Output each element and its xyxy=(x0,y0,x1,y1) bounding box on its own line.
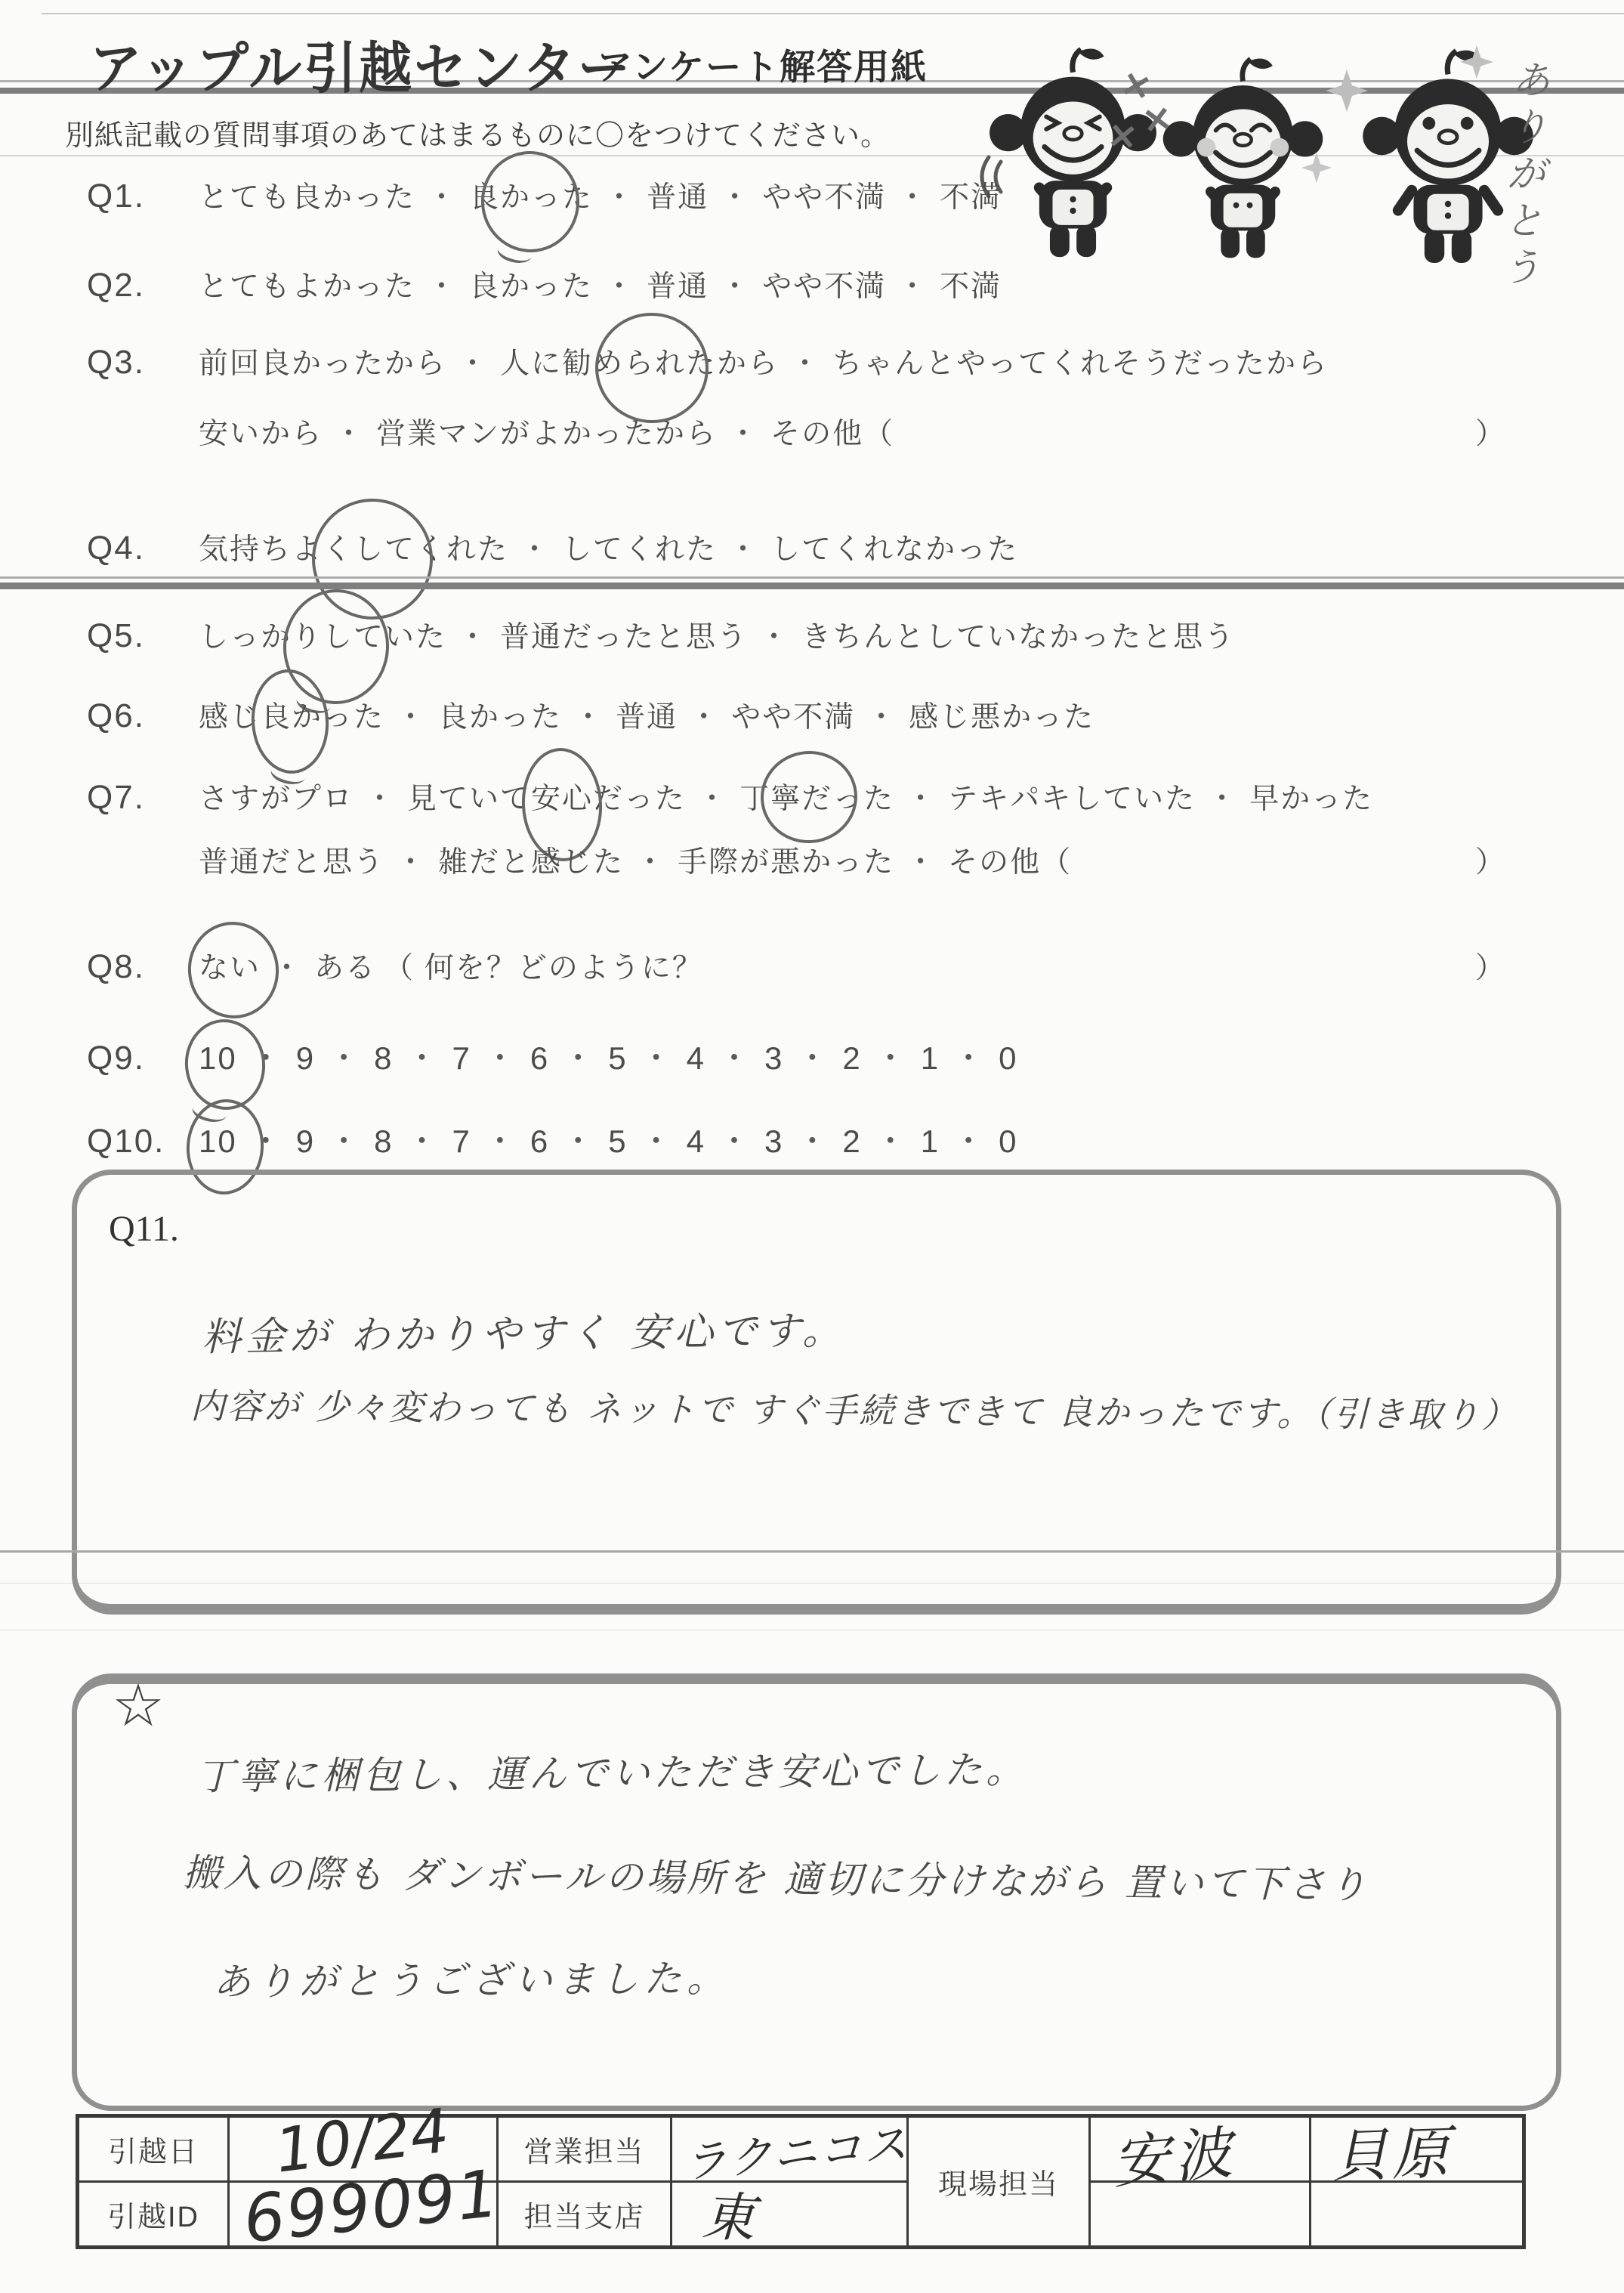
question-number: Q1. xyxy=(87,178,199,215)
staff-comment-box: 丁寧に梱包し、運んでいただき安心でした。 搬入の際も ダンボールの場所を 適切に… xyxy=(72,1673,1561,2111)
question-q7-line2: 普通だと思う・雑だと感じた・手際が悪かった・その他（） xyxy=(87,839,1072,881)
handwritten-field-staff-1: 安波 xyxy=(1109,2106,1240,2199)
option-text: ある xyxy=(314,952,376,984)
option-separator: ・ xyxy=(458,348,489,380)
scan-line-faint-3 xyxy=(0,1630,1624,1630)
option-text: 早かった xyxy=(1249,783,1373,815)
close-paren: ） xyxy=(1475,944,1506,987)
option-separator: ・ xyxy=(796,1123,829,1159)
question-number: Q7. xyxy=(87,779,199,817)
question-number: Q5. xyxy=(87,617,199,655)
move-id-label: 引越ID xyxy=(78,2182,229,2248)
option-text: 不満 xyxy=(940,181,1002,214)
handwritten-circle xyxy=(756,746,862,848)
option-separator: ・ xyxy=(875,1123,908,1159)
q11-comment-box: Q11. 料金が わかりやすく 安心です。 内容が 少々変わっても ネットで す… xyxy=(72,1170,1561,1615)
option-separator: ・ xyxy=(906,783,937,815)
overall-bib xyxy=(1052,190,1093,225)
option-separator: ・ xyxy=(641,1040,674,1076)
option-separator: ・ xyxy=(562,1123,595,1159)
option-text: 1 xyxy=(921,1123,940,1159)
sprout-leaf xyxy=(1248,59,1273,70)
move-id-value-cell: 699091 xyxy=(229,2182,498,2248)
option-text: とても良かった xyxy=(199,181,415,214)
option-separator: ・ xyxy=(573,701,604,734)
bib-button xyxy=(1070,196,1076,202)
page-subtitle: アンケート解答用紙 xyxy=(597,39,928,90)
handwritten-comment-line: 搬入の際も ダンボールの場所を 適切に分けながら 置いて下さり xyxy=(183,1843,1370,1909)
option-text: 感じ悪かった xyxy=(909,701,1095,734)
option-separator: ・ xyxy=(328,1040,361,1076)
option-text: 6 xyxy=(530,1123,549,1159)
option-text: 7 xyxy=(452,1123,471,1159)
sparkle-icon xyxy=(1326,70,1368,112)
blush-left xyxy=(1197,138,1216,157)
bib-button xyxy=(1445,212,1451,218)
option-text: 8 xyxy=(374,1123,393,1159)
option-text: 普通 xyxy=(647,270,709,303)
option-separator: ・ xyxy=(406,1123,439,1159)
option-text: 1 xyxy=(921,1040,940,1076)
option-text: ちゃんとやってくれそうだったから xyxy=(832,348,1328,380)
eye-right-open xyxy=(1461,117,1474,130)
field-staff-1-cell: 安波 xyxy=(1090,2116,1311,2182)
handwritten-comment-line: 内容が 少々変わっても ネットで すぐ手続きできて 良かったです。（引き取り） xyxy=(190,1379,1519,1438)
branch-label: 担当支店 xyxy=(498,2182,672,2248)
sparkle-x-mark: ✕ xyxy=(1106,115,1139,159)
question-q5: Q5.しっかりしていた・普通だったと思う・きちんとしていなかったと思う xyxy=(87,613,1235,656)
bib-button xyxy=(1070,208,1076,214)
option-text: やや不満 xyxy=(762,270,886,303)
option-separator: ・ xyxy=(365,783,396,815)
sparkle-icon xyxy=(1301,153,1332,183)
option-separator: ・ xyxy=(759,621,790,654)
option-text: さすがプロ xyxy=(199,783,354,815)
eye-left-open xyxy=(1422,117,1435,130)
option-text: 9 xyxy=(296,1040,315,1076)
question-number: Q8. xyxy=(87,948,199,986)
option-text: やや不満 xyxy=(731,701,855,734)
option-text: 前回良かったから xyxy=(199,348,446,380)
option-text: 8 xyxy=(374,1040,393,1076)
question-q3-line2: 安いから・営業マンがよかったから・その他（） xyxy=(87,410,894,453)
option-separator: ・ xyxy=(604,270,635,303)
field-staff-label: 現場担当 xyxy=(908,2116,1090,2248)
option-separator: ・ xyxy=(484,1123,517,1159)
option-separator: ・ xyxy=(718,1040,752,1076)
question-q2: Q2.とてもよかった・良かった・普通・やや不満・不満 xyxy=(87,263,1002,305)
option-text: とてもよかった xyxy=(199,270,415,303)
bib-button xyxy=(1445,201,1451,207)
scan-line-top xyxy=(42,13,1624,14)
option-separator: ・ xyxy=(697,783,728,815)
option-text: その他（ xyxy=(948,846,1072,879)
option-separator: ・ xyxy=(427,181,458,214)
option-text: 雑だと感じた xyxy=(438,846,624,879)
question-number: Q3. xyxy=(87,344,199,382)
option-text: 普通 xyxy=(616,701,678,734)
option-separator: ・ xyxy=(952,1123,986,1159)
question-q4: Q4.気持ちよくしてくれた・してくれた・してくれなかった xyxy=(87,526,1018,568)
sprout-leaf xyxy=(1079,49,1104,60)
option-text: 2 xyxy=(842,1040,861,1076)
question-number: Q10. xyxy=(87,1123,199,1160)
option-separator: ・ xyxy=(897,181,928,214)
question-q1: Q1.とても良かった・良かった・普通・やや不満・不満 xyxy=(87,174,1002,216)
option-text: 普通 xyxy=(647,181,709,214)
question-number: Q6. xyxy=(87,697,199,735)
handwritten-comment-line: ありがとうございました。 xyxy=(213,1948,730,2007)
bib-button xyxy=(1233,202,1240,209)
option-text: 9 xyxy=(296,1123,315,1159)
handwritten-field-staff-2: 貝原 xyxy=(1329,2106,1453,2193)
section-divider-thick xyxy=(0,583,1624,589)
leg-left xyxy=(1050,225,1070,257)
option-separator: ・ xyxy=(728,418,759,450)
option-separator: ・ xyxy=(427,270,458,303)
handwritten-circle xyxy=(474,145,585,259)
question-number: Q2. xyxy=(87,267,199,304)
blush-right xyxy=(1270,138,1289,157)
option-separator: ・ xyxy=(952,1040,986,1076)
option-separator: ・ xyxy=(396,701,427,734)
option-text: 0 xyxy=(999,1123,1017,1159)
handwritten-comment-line: 丁寧に梱包し、運んでいただき安心でした。 xyxy=(196,1739,1028,1801)
leg-right xyxy=(1076,225,1096,257)
option-separator: ・ xyxy=(1207,783,1238,815)
leg-right xyxy=(1246,227,1265,258)
sparkle-x-mark: ✕ xyxy=(1140,98,1175,143)
option-separator: ・ xyxy=(718,1123,752,1159)
option-separator: ・ xyxy=(897,270,928,303)
option-separator: ・ xyxy=(720,181,751,214)
option-separator: ・ xyxy=(458,621,489,654)
field-staff-2-cell: 貝原 xyxy=(1311,2116,1524,2182)
option-separator: ・ xyxy=(720,270,751,303)
handwritten-circle xyxy=(182,916,286,1024)
option-text: 5 xyxy=(608,1040,627,1076)
option-text: 営業マンがよかったから xyxy=(376,418,717,450)
option-text: 2 xyxy=(842,1123,861,1159)
option-text: 手際が悪かった xyxy=(678,846,894,879)
option-separator: ・ xyxy=(406,1040,439,1076)
option-text: きちんとしていなかったと思う xyxy=(801,621,1235,654)
option-text: 3 xyxy=(764,1040,783,1076)
option-separator: ・ xyxy=(641,1123,674,1159)
survey-answer-sheet: アップル引越センター アンケート解答用紙 別紙記載の質問事項のあてはまるものに〇… xyxy=(0,0,1624,2293)
leg-left xyxy=(1221,227,1240,258)
option-text: してくれなかった xyxy=(770,533,1018,566)
option-separator: ・ xyxy=(906,846,937,879)
section-divider-thin xyxy=(0,576,1624,579)
option-separator: ・ xyxy=(604,181,635,214)
option-separator: ・ xyxy=(520,533,551,566)
option-separator: ・ xyxy=(484,1040,517,1076)
question-number: Q4. xyxy=(87,530,199,567)
move-date-label: 引越日 xyxy=(78,2116,229,2182)
instruction-text: 別紙記載の質問事項のあてはまるものに〇をつけてください。 xyxy=(65,112,890,153)
handwritten-comment-line: 料金が わかりやすく 安心です。 xyxy=(202,1299,847,1362)
option-text: 7 xyxy=(452,1040,471,1076)
handwritten-branch: 東 xyxy=(700,2174,757,2253)
option-separator: ・ xyxy=(635,846,666,879)
option-text: 6 xyxy=(530,1040,549,1076)
option-text: テキパキしていた xyxy=(948,783,1196,815)
option-separator: ・ xyxy=(866,701,897,734)
close-paren: ） xyxy=(1475,410,1506,453)
option-text: してくれた xyxy=(562,533,717,566)
bib-button xyxy=(1247,202,1253,209)
table-row: 引越ID 699091 担当支店 東 xyxy=(78,2182,1524,2248)
q11-label: Q11. xyxy=(109,1208,179,1250)
footer-table: 引越日 10/24 営業担当 ラクニコス 現場担当 安波 貝原 引越ID 699… xyxy=(76,2114,1526,2249)
arm-left xyxy=(1398,190,1412,210)
sales-staff-label: 営業担当 xyxy=(498,2116,672,2182)
option-separator: ・ xyxy=(562,1040,595,1076)
leg-left xyxy=(1425,230,1444,263)
page-title: アップル引越センター xyxy=(89,23,633,104)
option-separator: ・ xyxy=(790,348,821,380)
option-text: 4 xyxy=(687,1040,705,1076)
question-q8: Q8.ない・ある（ 何を？どのように？） xyxy=(87,944,703,987)
option-separator: ・ xyxy=(689,701,720,734)
option-separator: ・ xyxy=(875,1040,908,1076)
option-text: 安いから xyxy=(199,418,323,450)
option-separator: ・ xyxy=(328,1123,361,1159)
close-paren: ） xyxy=(1475,839,1506,881)
option-text: 普通だと思う xyxy=(199,846,384,879)
option-text: 5 xyxy=(608,1123,627,1159)
option-text: やや不満 xyxy=(762,181,886,214)
option-text: （ 何を？どのように？ xyxy=(384,952,703,984)
overall-bib xyxy=(1427,194,1468,230)
option-text: 3 xyxy=(764,1123,783,1159)
option-separator: ・ xyxy=(796,1040,829,1076)
overall-bib xyxy=(1224,193,1263,227)
option-text: その他（ xyxy=(770,418,894,450)
branch-value-cell: 東 xyxy=(672,2182,908,2248)
option-separator: ・ xyxy=(396,846,427,879)
question-q3: Q3.前回良かったから・人に勧められたから・ちゃんとやってくれそうだったから xyxy=(87,340,1328,382)
option-text: 4 xyxy=(687,1123,705,1159)
question-q6: Q6.感じ良かった・良かった・普通・やや不満・感じ悪かった xyxy=(87,694,1095,736)
option-text: 良かった xyxy=(469,270,593,303)
option-separator: ・ xyxy=(728,533,759,566)
option-text: 良かった xyxy=(438,701,562,734)
question-q10: Q10.10・9・8・7・6・5・4・3・2・1・0 xyxy=(87,1117,1017,1162)
option-text: 普通だったと思う xyxy=(500,621,748,654)
option-separator: ・ xyxy=(334,418,365,450)
sparkle-icon xyxy=(1460,45,1493,79)
question-q9: Q9.10・9・8・7・6・5・4・3・2・1・0 xyxy=(87,1034,1017,1079)
question-number: Q9. xyxy=(87,1040,199,1077)
option-text: 不満 xyxy=(940,270,1002,303)
star-mark: ☆ xyxy=(112,1671,165,1740)
table-row: 引越日 10/24 営業担当 ラクニコス 現場担当 安波 貝原 xyxy=(78,2116,1524,2182)
option-text: 0 xyxy=(999,1040,1017,1076)
sales-staff-value-cell: ラクニコス xyxy=(672,2116,908,2182)
leg-right xyxy=(1452,230,1471,263)
question-q7: Q7.さすがプロ・見ていて安心だった・丁寧だった・テキパキしていた・早かった xyxy=(87,775,1373,817)
